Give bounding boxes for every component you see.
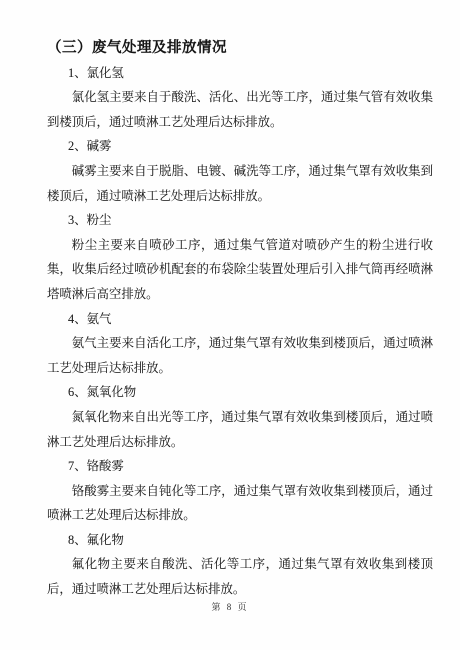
section-alkali-mist: 2、碱雾 碱雾主要来自于脱脂、电镀、碱洗等工序，通过集气罩有效收集到楼顶后，通过…	[47, 134, 433, 208]
section-heading: 1、氯化氢	[47, 61, 433, 86]
section-fluoride: 8、氟化物 氟化物主要来自酸洗、活化等工序，通过集气罩有效收集到楼顶后，通过喷淋…	[47, 528, 433, 602]
page-number-footer: 第 8 页	[0, 600, 460, 613]
section-ammonia: 4、氨气 氨气主要来自活化工序，通过集气罩有效收集到楼顶后，通过喷淋工艺处理后达…	[47, 307, 433, 381]
section-body: 氮氧化物来自出光等工序，通过集气罩有效收集到楼顶后，通过喷淋工艺处理后达标排放。	[47, 405, 433, 454]
section-heading: 2、碱雾	[47, 134, 433, 159]
section-heading: 4、氨气	[47, 307, 433, 332]
section-hydrogen-chloride: 1、氯化氢 氯化氢主要来自于酸洗、活化、出光等工序，通过集气管有效收集到楼顶后，…	[47, 61, 433, 135]
section-body: 碱雾主要来自于脱脂、电镀、碱洗等工序，通过集气罩有效收集到楼顶后，通过喷淋工艺处…	[47, 159, 433, 208]
section-heading: 8、氟化物	[47, 528, 433, 553]
section-heading: 6、氮氧化物	[47, 380, 433, 405]
page-title: （三）废气处理及排放情况	[47, 36, 433, 61]
section-chromic-acid-mist: 7、铬酸雾 铬酸雾主要来自钝化等工序，通过集气罩有效收集到楼顶后，通过喷淋工艺处…	[47, 454, 433, 528]
section-body: 氟化物主要来自酸洗、活化等工序，通过集气罩有效收集到楼顶后，通过喷淋工艺处理后达…	[47, 552, 433, 601]
document-page: （三）废气处理及排放情况 1、氯化氢 氯化氢主要来自于酸洗、活化、出光等工序，通…	[0, 0, 460, 650]
section-body: 铬酸雾主要来自钝化等工序，通过集气罩有效收集到楼顶后，通过喷淋工艺处理后达标排放…	[47, 479, 433, 528]
section-body: 氨气主要来自活化工序，通过集气罩有效收集到楼顶后，通过喷淋工艺处理后达标排放。	[47, 331, 433, 380]
section-body: 粉尘主要来自喷砂工序，通过集气管道对喷砂产生的粉尘进行收集，收集后经过喷砂机配套…	[47, 233, 433, 307]
document-content: （三）废气处理及排放情况 1、氯化氢 氯化氢主要来自于酸洗、活化、出光等工序，通…	[47, 36, 433, 602]
section-dust: 3、粉尘 粉尘主要来自喷砂工序，通过集气管道对喷砂产生的粉尘进行收集，收集后经过…	[47, 208, 433, 306]
section-heading: 7、铬酸雾	[47, 454, 433, 479]
section-nitrogen-oxides: 6、氮氧化物 氮氧化物来自出光等工序，通过集气罩有效收集到楼顶后，通过喷淋工艺处…	[47, 380, 433, 454]
section-body: 氯化氢主要来自于酸洗、活化、出光等工序，通过集气管有效收集到楼顶后，通过喷淋工艺…	[47, 85, 433, 134]
section-heading: 3、粉尘	[47, 208, 433, 233]
